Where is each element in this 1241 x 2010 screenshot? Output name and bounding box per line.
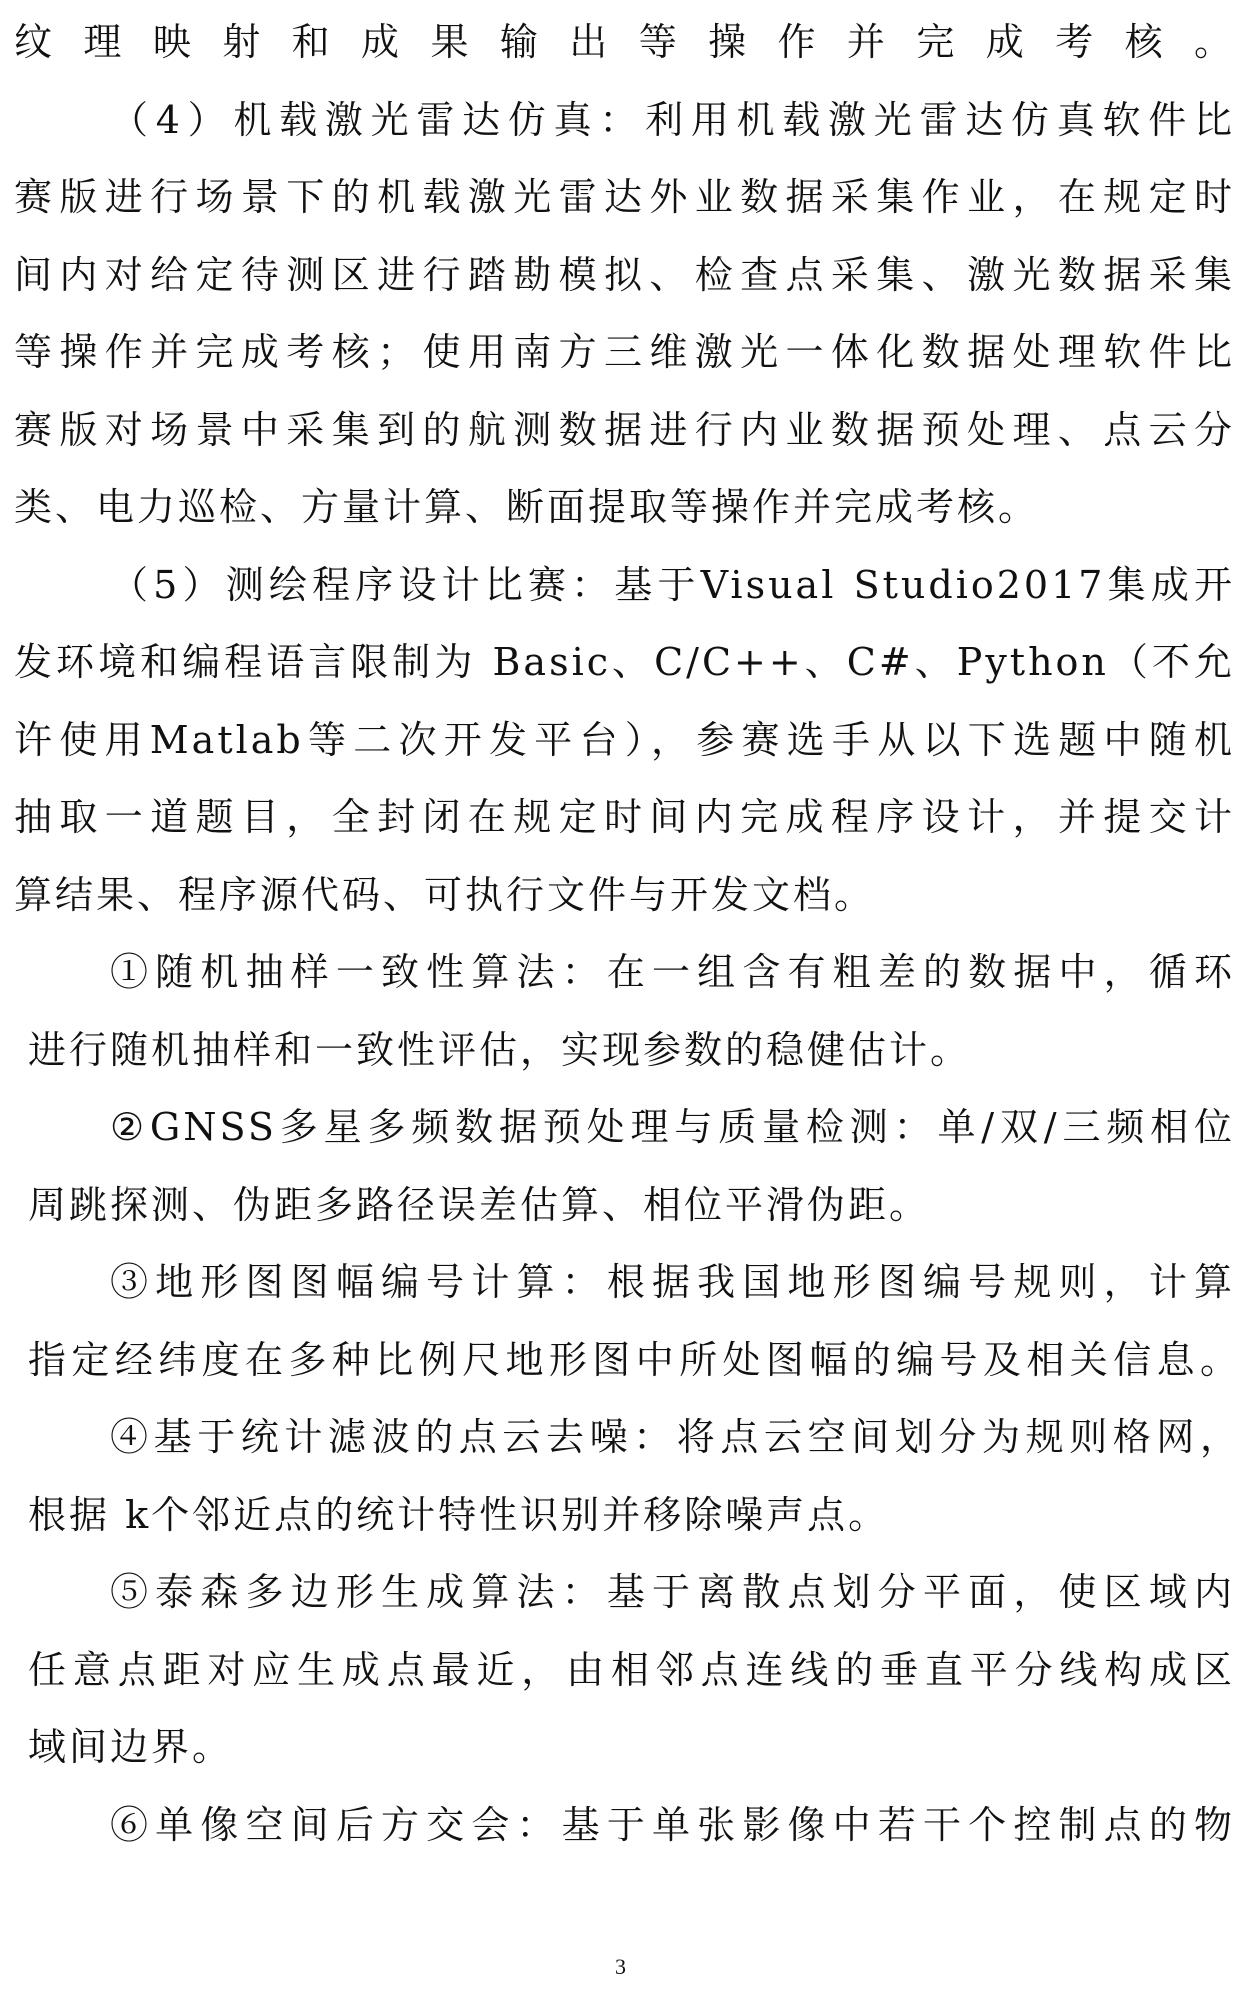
list-item-line: ①随机抽样一致性算法：在一组含有粗差的数据中，循环 <box>110 942 1235 1002</box>
paragraph-line: 发环境和编程语言限制为 Basic、C/C++、C#、Python（不允 <box>14 632 1235 692</box>
page-number: 3 <box>0 1952 1241 1982</box>
paragraph-line: 纹理映射和成果输出等操作并完成考核。 <box>14 12 1235 72</box>
paragraph-line: 算结果、程序源代码、可执行文件与开发文档。 <box>14 865 1241 925</box>
paragraph-line: 类、电力巡检、方量计算、断面提取等操作并完成考核。 <box>14 477 1241 537</box>
section-heading-line: （5）测绘程序设计比赛：基于Visual Studio2017集成开 <box>110 555 1235 615</box>
paragraph-line: 等操作并完成考核；使用南方三维激光一体化数据处理软件比 <box>14 322 1235 382</box>
list-item-line: ④基于统计滤波的点云去噪：将点云空间划分为规则格网， <box>110 1407 1241 1467</box>
list-item-line: 域间边界。 <box>28 1717 1241 1777</box>
list-item-line: ⑥单像空间后方交会：基于单张影像中若干个控制点的物 <box>110 1795 1235 1855</box>
list-item-line: 指定经纬度在多种比例尺地形图中所处图幅的编号及相关信息。 <box>28 1330 1241 1390</box>
list-item-line: 周跳探测、伪距多路径误差估算、相位平滑伪距。 <box>28 1175 1241 1235</box>
paragraph-line: 抽取一道题目，全封闭在规定时间内完成程序设计，并提交计 <box>14 787 1235 847</box>
paragraph-line: 赛版进行场景下的机载激光雷达外业数据采集作业，在规定时 <box>14 167 1235 227</box>
list-item-line: 进行随机抽样和一致性评估，实现参数的稳健估计。 <box>28 1020 1241 1080</box>
list-item-line: ③地形图图幅编号计算：根据我国地形图编号规则，计算 <box>110 1252 1235 1312</box>
list-item-line: 根据 k个邻近点的统计特性识别并移除噪声点。 <box>28 1485 1241 1545</box>
list-item-line: ⑤泰森多边形生成算法：基于离散点划分平面，使区域内 <box>110 1562 1235 1622</box>
paragraph-line: 赛版对场景中采集到的航测数据进行内业数据预处理、点云分 <box>14 400 1235 460</box>
paragraph-line: 间内对给定待测区进行踏勘模拟、检查点采集、激光数据采集 <box>14 245 1235 305</box>
list-item-line: 任意点距对应生成点最近，由相邻点连线的垂直平分线构成区 <box>28 1640 1235 1700</box>
paragraph-line: 许使用Matlab等二次开发平台），参赛选手从以下选题中随机 <box>14 710 1235 770</box>
section-heading-line: （4）机载激光雷达仿真：利用机载激光雷达仿真软件比 <box>110 90 1235 150</box>
list-item-line: ②GNSS多星多频数据预处理与质量检测：单/双/三频相位 <box>110 1097 1235 1157</box>
